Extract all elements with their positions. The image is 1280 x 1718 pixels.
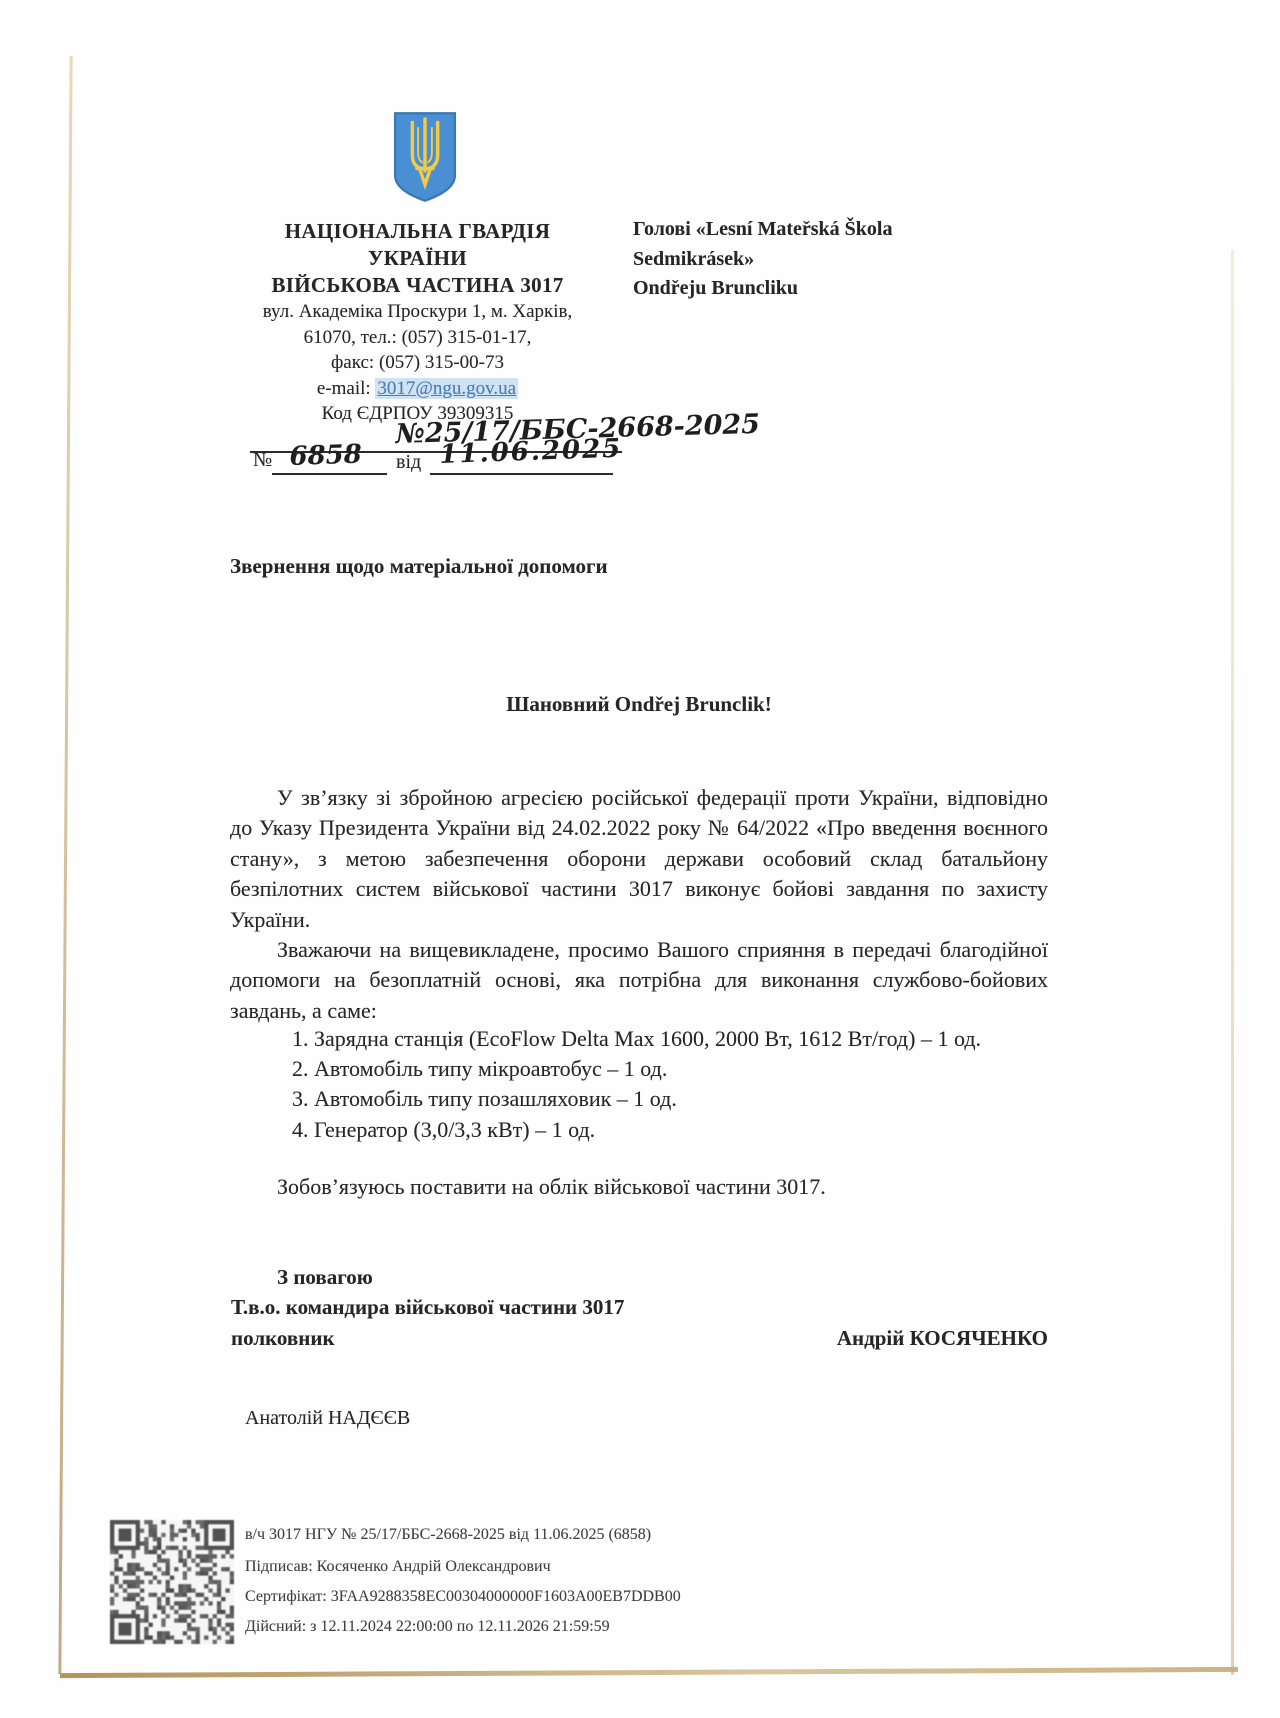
second-signer-name: Анатолій НАДЄЄВ bbox=[245, 1407, 410, 1430]
stamp-doc-number: в/ч 3017 НГУ № 25/17/ББС-2668-2025 від 1… bbox=[245, 1526, 945, 1544]
date-label: від bbox=[396, 451, 421, 474]
recipient-block: Голові «Lesní Mateřská Škola Sedmikrásek… bbox=[633, 215, 1053, 304]
org-address: вул. Академіка Проскури 1, м. Харків, bbox=[215, 299, 620, 325]
recipient-line1: Голові «Lesní Mateřská Škola bbox=[633, 215, 1053, 245]
email-link[interactable]: 3017@ngu.gov.ua bbox=[375, 378, 518, 399]
list-item: 3. Автомобіль типу позашляховик – 1 од. bbox=[292, 1084, 1048, 1114]
org-name-line3: ВІЙСЬКОВА ЧАСТИНА 3017 bbox=[215, 272, 620, 299]
recipient-line3: Ondřeju Bruncliku bbox=[633, 274, 1053, 304]
letterhead-org-block: НАЦІОНАЛЬНА ГВАРДІЯ УКРАЇНИ ВІЙСЬКОВА ЧА… bbox=[215, 218, 620, 427]
stamp-certificate: Сертифікат: 3FAA9288358EC00304000000F160… bbox=[245, 1588, 945, 1606]
page-edge-bottom bbox=[60, 1667, 1238, 1678]
list-item: 2. Автомобіль типу мікроавтобус – 1 од. bbox=[292, 1054, 1048, 1084]
stamp-signer: Підписав: Косяченко Андрій Олександрович bbox=[245, 1558, 945, 1576]
signature-rank: полковник bbox=[231, 1326, 335, 1351]
body-paragraph-2: Зважаючи на вищевикладене, просимо Вашог… bbox=[230, 935, 1048, 1026]
number-label: № bbox=[253, 449, 272, 472]
org-phone: 61070, тел.: (057) 315-01-17, bbox=[215, 325, 620, 351]
email-label: e-mail: bbox=[317, 378, 376, 399]
requested-items-list: 1. Зарядна станція (EcoFlow Delta Max 16… bbox=[230, 1024, 1048, 1145]
ukraine-trident-emblem-icon bbox=[388, 111, 462, 203]
signature-regards: З повагою bbox=[277, 1265, 373, 1290]
body-paragraph-1: У зв’язку зі збройною агресією російсько… bbox=[230, 783, 1048, 935]
subject-line: Звернення щодо матеріальної допомоги bbox=[230, 554, 608, 579]
signature-name: Андрій КОСЯЧЕНКО bbox=[600, 1326, 1048, 1351]
scanned-letter-page: НАЦІОНАЛЬНА ГВАРДІЯ УКРАЇНИ ВІЙСЬКОВА ЧА… bbox=[0, 0, 1280, 1718]
org-fax: факс: (057) 315-00-73 bbox=[215, 350, 620, 376]
org-email-line: e-mail: 3017@ngu.gov.ua bbox=[215, 376, 620, 402]
handwritten-number: 6858 bbox=[289, 439, 362, 472]
pledge-text: Зобов’язуюсь поставити на облік військов… bbox=[277, 1174, 826, 1199]
handwritten-date: 11.06.2025 bbox=[439, 434, 623, 470]
org-name-line2: УКРАЇНИ bbox=[215, 245, 620, 272]
page-edge-left bbox=[58, 56, 72, 1674]
stamp-validity: Дійсний: з 12.11.2024 22:00:00 по 12.11.… bbox=[245, 1618, 945, 1636]
recipient-line2: Sedmikrásek» bbox=[633, 245, 1053, 275]
pledge-line: Зобов’язуюсь поставити на облік військов… bbox=[230, 1174, 1048, 1200]
list-item: 4. Генератор (3,0/3,3 кВт) – 1 од. bbox=[292, 1115, 1048, 1145]
body-paragraphs: У зв’язку зі збройною агресією російсько… bbox=[230, 783, 1048, 1026]
salutation: Шановний Ondřej Brunclik! bbox=[230, 692, 1048, 717]
qr-code-icon bbox=[110, 1520, 234, 1644]
page-edge-right bbox=[1231, 250, 1234, 1675]
list-item: 1. Зарядна станція (EcoFlow Delta Max 16… bbox=[292, 1024, 1048, 1054]
signature-title: Т.в.о. командира військової частини 3017 bbox=[231, 1295, 624, 1320]
org-name-line1: НАЦІОНАЛЬНА ГВАРДІЯ bbox=[215, 218, 620, 245]
